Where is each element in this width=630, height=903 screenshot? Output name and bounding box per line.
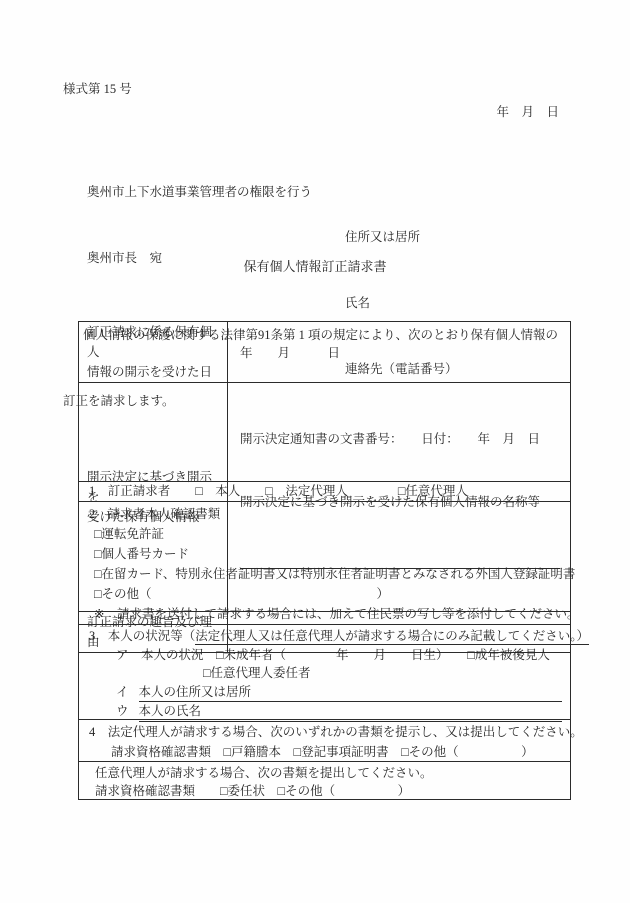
principal-status-row: 3 本人の状況等（法定代理人又は任意代理人が請求する場合にのみ記載してください。… — [79, 624, 570, 719]
disclosure-date-label: 訂正請求に係る保有個人情報の開示を受けた日 — [79, 322, 228, 383]
disclosure-notice-number-line: 開示決定通知書の文書番号： 日付： 年 月 日 — [240, 429, 560, 450]
mailing-note: ※ 請求書を送付して請求する場合には、加えて住民票の写し等を添付してください。 — [79, 604, 570, 624]
principal-address-kana: イ — [116, 683, 129, 702]
disclosure-date-row: 訂正請求に係る保有個人情報の開示を受けた日 年 月 日 — [79, 322, 571, 383]
principal-address-field: 本人の住所又は居所 — [139, 683, 562, 703]
identity-doc-item-mynumber: □個人番号カード — [79, 544, 570, 564]
principal-status-option-delegator: □任意代理人委任者 — [79, 664, 570, 683]
principal-status-heading-note: 法定代理人又は任意代理人が請求する場合にのみ記載してください。） — [195, 629, 589, 645]
legal-representative-row: 4 法定代理人が請求する場合、次のいずれかの書類を提示し、又は提出してください。… — [79, 719, 570, 761]
principal-status-options-line: ア 本人の状況 □未成年者（ 年 月 日生） □成年被後見人 — [79, 646, 570, 665]
principal-address-line: イ本人の住所又は居所 — [79, 683, 570, 703]
identity-doc-item-other: □その他（ ） — [79, 584, 570, 604]
voluntary-representative-instruction: 任意代理人が請求する場合、次の書類を提出してください。 — [79, 764, 570, 782]
principal-status-heading: 3 本人の状況等（法定代理人又は任意代理人が請求する場合にのみ記載してください。… — [79, 627, 570, 646]
identity-doc-item-license: □運転免許証 — [79, 524, 570, 544]
disclosure-date-value: 年 月 日 — [228, 322, 571, 383]
voluntary-representative-documents: 請求資格確認書類 □委任状 □その他（ ） — [79, 782, 570, 800]
legal-representative-documents: 請求資格確認書類 □戸籍謄本 □登記事項証明書 □その他（ ） — [79, 742, 570, 762]
identity-doc-item-residence-card: □在留カード、特別永住者証明書又は特別永住者証明書とみなされる外国人登録証明書 — [79, 564, 570, 584]
document-page: 様式第 15 号 年 月 日 奥州市上下水道事業管理者の権限を行う 奥州市長 宛… — [0, 0, 630, 903]
legal-representative-instruction: 4 法定代理人が請求する場合、次のいずれかの書類を提示し、又は提出してください。 — [79, 722, 570, 742]
disclosure-date-label-line1: 訂正請求に係る保有個人 — [87, 322, 223, 362]
voluntary-representative-row: 任意代理人が請求する場合、次の書類を提出してください。 請求資格確認書類 □委任… — [79, 761, 570, 799]
date-field: 年 月 日 — [496, 102, 559, 120]
addressee-line-1: 奥州市上下水道事業管理者の権限を行う — [87, 181, 312, 203]
principal-name-kana: ウ — [116, 702, 129, 721]
applicant-address-label: 住所又は居所 — [345, 226, 458, 248]
requester-details-table: 1 訂正請求者 □ 本人 □ 法定代理人 □任意代理人 2 請求者本人確認書類 … — [78, 481, 571, 800]
principal-status-heading-prefix: 3 本人の状況等（ — [89, 629, 195, 643]
principal-name-field: 本人の氏名 — [139, 702, 562, 722]
form-number: 様式第 15 号 — [63, 79, 132, 97]
identity-documents-row: 2 請求者本人確認書類 □運転免許証 □個人番号カード □在留カード、特別永住者… — [79, 501, 570, 624]
requester-type-row: 1 訂正請求者 □ 本人 □ 法定代理人 □任意代理人 — [79, 482, 570, 501]
disclosure-date-label-line2: 情報の開示を受けた日 — [87, 362, 223, 382]
identity-documents-heading: 2 請求者本人確認書類 — [79, 504, 570, 524]
document-title: 保有個人情報訂正請求書 — [0, 256, 630, 275]
principal-name-line: ウ本人の氏名 — [79, 702, 570, 722]
